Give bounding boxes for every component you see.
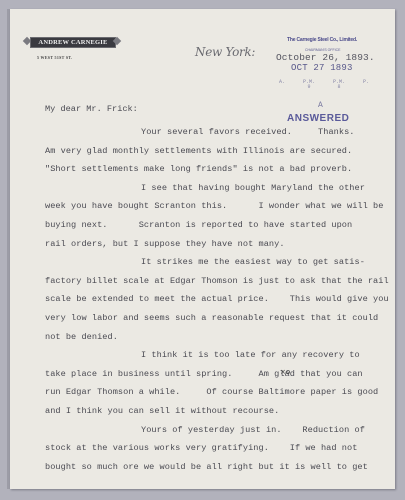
- stamp-time: P.M. 9: [303, 80, 315, 90]
- letter-line: "Short settlements make long friends" is…: [45, 164, 352, 174]
- letter-date: October 26, 1893.: [276, 52, 375, 63]
- letter-line: Yours of yesterday just in. Reduction of: [141, 425, 365, 435]
- letter-line: week you have bought Scranton this. I wo…: [45, 201, 383, 211]
- stamp-letter: A: [318, 101, 323, 110]
- letter-line: run Edgar Thomson a while. Of course Bal…: [45, 387, 378, 397]
- letter-line: It strikes me the easiest way to get sat…: [141, 257, 365, 267]
- letter-line: Your several favors received. Thanks.: [141, 127, 355, 137]
- letter-line: take place in business until spring. Am …: [45, 369, 363, 379]
- answered-stamp: ANSWERED: [287, 113, 349, 124]
- letter-line: factory billet scale at Edgar Thomson is…: [45, 276, 389, 286]
- stamp-received-date: OCT 27 1893: [291, 63, 353, 73]
- letter-line: not be denied.: [45, 332, 118, 342]
- stamp-times: A. P.M. 9 P.M. 8 P.: [279, 80, 369, 90]
- stamp-time: P.: [363, 80, 369, 90]
- handwritten-mark: ×o: [280, 368, 290, 376]
- stamp-company: The Carnegie Steel Co., Limited.: [287, 37, 357, 43]
- letter-line: very low labor and seems such a reasonab…: [45, 313, 378, 323]
- letter-line: stock at the various works very gratifyi…: [45, 443, 357, 453]
- letter-line: and I think you can sell it without reco…: [45, 406, 279, 416]
- letter-line: Am very glad monthly settlements with Il…: [45, 146, 352, 156]
- stamp-time: A.: [279, 80, 285, 90]
- letter-line: buying next. Scranton is reported to hav…: [45, 220, 352, 230]
- letter-line: rail orders, but I suppose they have not…: [45, 239, 285, 249]
- letter-line: bought so much ore we would be all right…: [45, 462, 368, 472]
- letter-line: I see that having bought Maryland the ot…: [141, 183, 365, 193]
- letter-line: scale be extended to meet the actual pri…: [45, 294, 389, 304]
- salutation: My dear Mr. Frick:: [45, 104, 138, 114]
- place-heading: New York:: [195, 45, 255, 59]
- letterhead: ANDREW CARNEGIE: [22, 34, 122, 50]
- letterhead-name: ANDREW CARNEGIE: [30, 37, 116, 48]
- letterhead-address: 5 WEST 51ST ST.: [37, 55, 72, 60]
- stamp-time: P.M. 8: [333, 80, 345, 90]
- letter-line: I think it is too late for any recovery …: [141, 350, 360, 360]
